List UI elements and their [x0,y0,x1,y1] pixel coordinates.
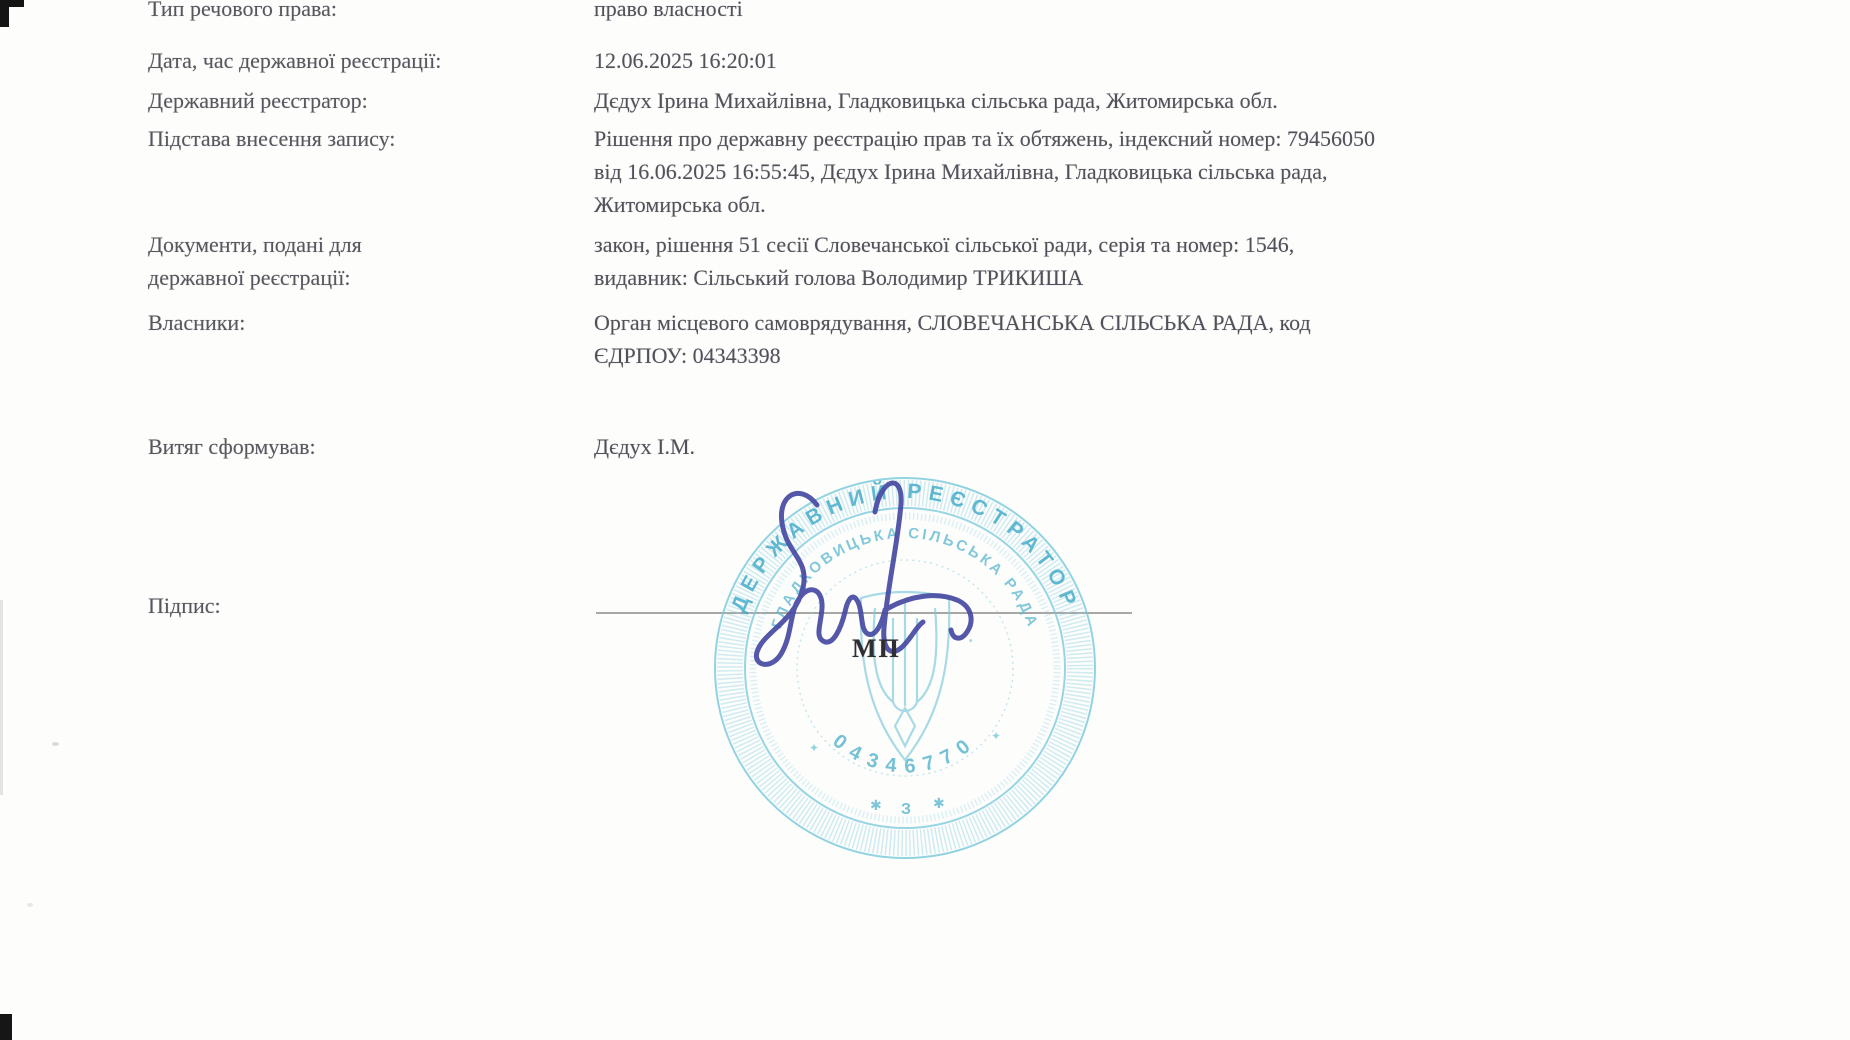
field-value: 12.06.2025 16:20:01 [594,44,1494,77]
field-value: Рішення про державну реєстрацію прав та … [594,122,1494,221]
stamp-star-icon: ✱ [933,795,945,811]
scanned-document-page: { "document": { "fields": [ {"label": "Т… [0,0,1850,1040]
field-label: Витяг сформував: [148,430,578,463]
stamp-bottom-mark: З [901,801,911,818]
field-value: Дєдух І.М. [594,430,1494,463]
field-value: право власності [594,0,1494,25]
scan-artifact-speck [27,903,33,907]
field-label: Державний реєстратор: [148,84,578,117]
signature-label: Підпис: [148,589,578,622]
field-value: Дєдух Ірина Михайлівна, Гладковицька сіл… [594,84,1494,117]
stamp-number: 04346770 [829,730,982,778]
field-label: Дата, час державної реєстрації: [148,44,578,77]
stamp-dot-icon: ✦ [809,741,819,755]
field-label: Підстава внесення запису: [148,122,578,155]
stamp-dot-icon: ✦ [991,729,1001,743]
field-label: Тип речового права: [148,0,578,25]
scan-artifact-speck [52,742,59,746]
field-value: закон, рішення 51 сесії Словечанської сі… [594,228,1494,294]
field-value: Орган місцевого самоврядування, СЛОВЕЧАН… [594,306,1494,372]
stamp-star-icon: ✱ [870,797,882,813]
field-label: Документи, подані для державної реєстрац… [148,228,578,294]
scan-artifact-corner [0,1014,12,1040]
seal-note: МП [852,634,901,664]
scan-artifact-streak [0,600,3,795]
scan-artifact-corner [0,0,24,7]
field-label: Власники: [148,306,578,339]
